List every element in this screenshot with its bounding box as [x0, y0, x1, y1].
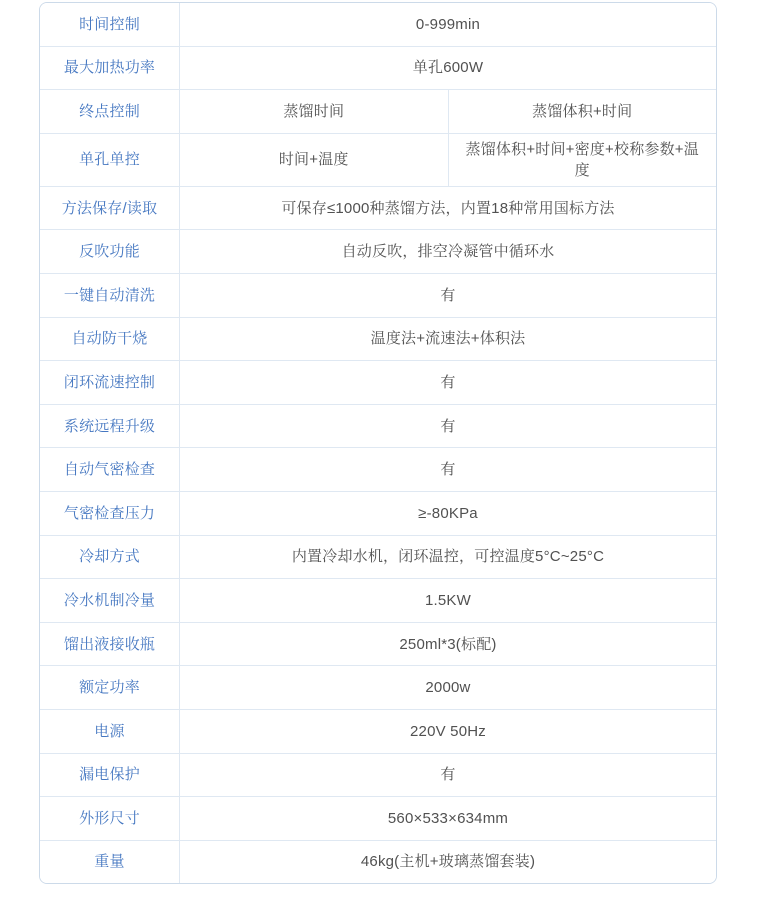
spec-table: 时间控制0-999min最大加热功率单孔600W终点控制蒸馏时间蒸馏体积+时间单… — [39, 2, 717, 884]
table-row: 外形尺寸560×533×634mm — [40, 796, 716, 840]
spec-row-value: 0-999min — [180, 3, 716, 46]
spec-row-label: 自动防干烧 — [40, 318, 180, 361]
spec-row-label: 自动气密检查 — [40, 448, 180, 491]
spec-row-value: 有 — [180, 448, 716, 491]
spec-row-label: 气密检查压力 — [40, 492, 180, 535]
spec-row-value: 蒸馏体积+时间 — [448, 90, 717, 133]
spec-row-label: 闭环流速控制 — [40, 361, 180, 404]
spec-row-value: 单孔600W — [180, 47, 716, 90]
table-row: 冷水机制冷量1.5KW — [40, 578, 716, 622]
table-row: 漏电保护有 — [40, 753, 716, 797]
spec-row-value: 560×533×634mm — [180, 797, 716, 840]
spec-row-label: 额定功率 — [40, 666, 180, 709]
spec-row-label: 终点控制 — [40, 90, 180, 133]
table-row: 额定功率2000w — [40, 665, 716, 709]
table-row: 冷却方式内置冷却水机，闭环温控，可控温度5°C~25°C — [40, 535, 716, 579]
table-row: 系统远程升级有 — [40, 404, 716, 448]
spec-row-label: 冷水机制冷量 — [40, 579, 180, 622]
spec-row-value: 可保存≤1000种蒸馏方法，内置18种常用国标方法 — [180, 187, 716, 230]
table-row: 单孔单控时间+温度蒸馏体积+时间+密度+校称参数+温度 — [40, 133, 716, 186]
table-row: 气密检查压力≥-80KPa — [40, 491, 716, 535]
spec-row-label: 馏出液接收瓶 — [40, 623, 180, 666]
spec-row-label: 重量 — [40, 841, 180, 884]
table-row: 一键自动清洗有 — [40, 273, 716, 317]
spec-row-value: 2000w — [180, 666, 716, 709]
table-row: 重量46kg(主机+玻璃蒸馏套装) — [40, 840, 716, 884]
table-row: 自动防干烧温度法+流速法+体积法 — [40, 317, 716, 361]
spec-row-value: 有 — [180, 274, 716, 317]
table-row: 终点控制蒸馏时间蒸馏体积+时间 — [40, 89, 716, 133]
table-row: 最大加热功率单孔600W — [40, 46, 716, 90]
spec-row-label: 一键自动清洗 — [40, 274, 180, 317]
product-spec-page: 时间控制0-999min最大加热功率单孔600W终点控制蒸馏时间蒸馏体积+时间单… — [0, 0, 760, 905]
spec-row-label: 最大加热功率 — [40, 47, 180, 90]
spec-row-label: 反吹功能 — [40, 230, 180, 273]
spec-row-value: 有 — [180, 405, 716, 448]
spec-row-label: 方法保存/读取 — [40, 187, 180, 230]
spec-row-value: 蒸馏时间 — [180, 90, 448, 133]
table-row: 反吹功能自动反吹，排空冷凝管中循环水 — [40, 229, 716, 273]
table-row: 方法保存/读取可保存≤1000种蒸馏方法，内置18种常用国标方法 — [40, 186, 716, 230]
spec-row-value: 温度法+流速法+体积法 — [180, 318, 716, 361]
spec-row-value: 220V 50Hz — [180, 710, 716, 753]
spec-row-value: ≥-80KPa — [180, 492, 716, 535]
spec-row-label: 外形尺寸 — [40, 797, 180, 840]
spec-row-label: 电源 — [40, 710, 180, 753]
spec-row-value: 内置冷却水机，闭环温控，可控温度5°C~25°C — [180, 536, 716, 579]
table-row: 自动气密检查有 — [40, 447, 716, 491]
table-row: 时间控制0-999min — [40, 3, 716, 46]
spec-row-value: 46kg(主机+玻璃蒸馏套装) — [180, 841, 716, 884]
spec-row-label: 单孔单控 — [40, 134, 180, 186]
spec-row-value: 时间+温度 — [180, 134, 448, 186]
spec-row-label: 时间控制 — [40, 3, 180, 46]
spec-row-value: 1.5KW — [180, 579, 716, 622]
spec-row-label: 冷却方式 — [40, 536, 180, 579]
table-row: 馏出液接收瓶250ml*3(标配) — [40, 622, 716, 666]
spec-row-value: 有 — [180, 361, 716, 404]
spec-row-value: 250ml*3(标配) — [180, 623, 716, 666]
table-row: 电源220V 50Hz — [40, 709, 716, 753]
spec-row-value: 自动反吹，排空冷凝管中循环水 — [180, 230, 716, 273]
spec-row-value: 有 — [180, 754, 716, 797]
spec-row-label: 系统远程升级 — [40, 405, 180, 448]
table-row: 闭环流速控制有 — [40, 360, 716, 404]
spec-row-label: 漏电保护 — [40, 754, 180, 797]
spec-row-value: 蒸馏体积+时间+密度+校称参数+温度 — [448, 134, 717, 186]
